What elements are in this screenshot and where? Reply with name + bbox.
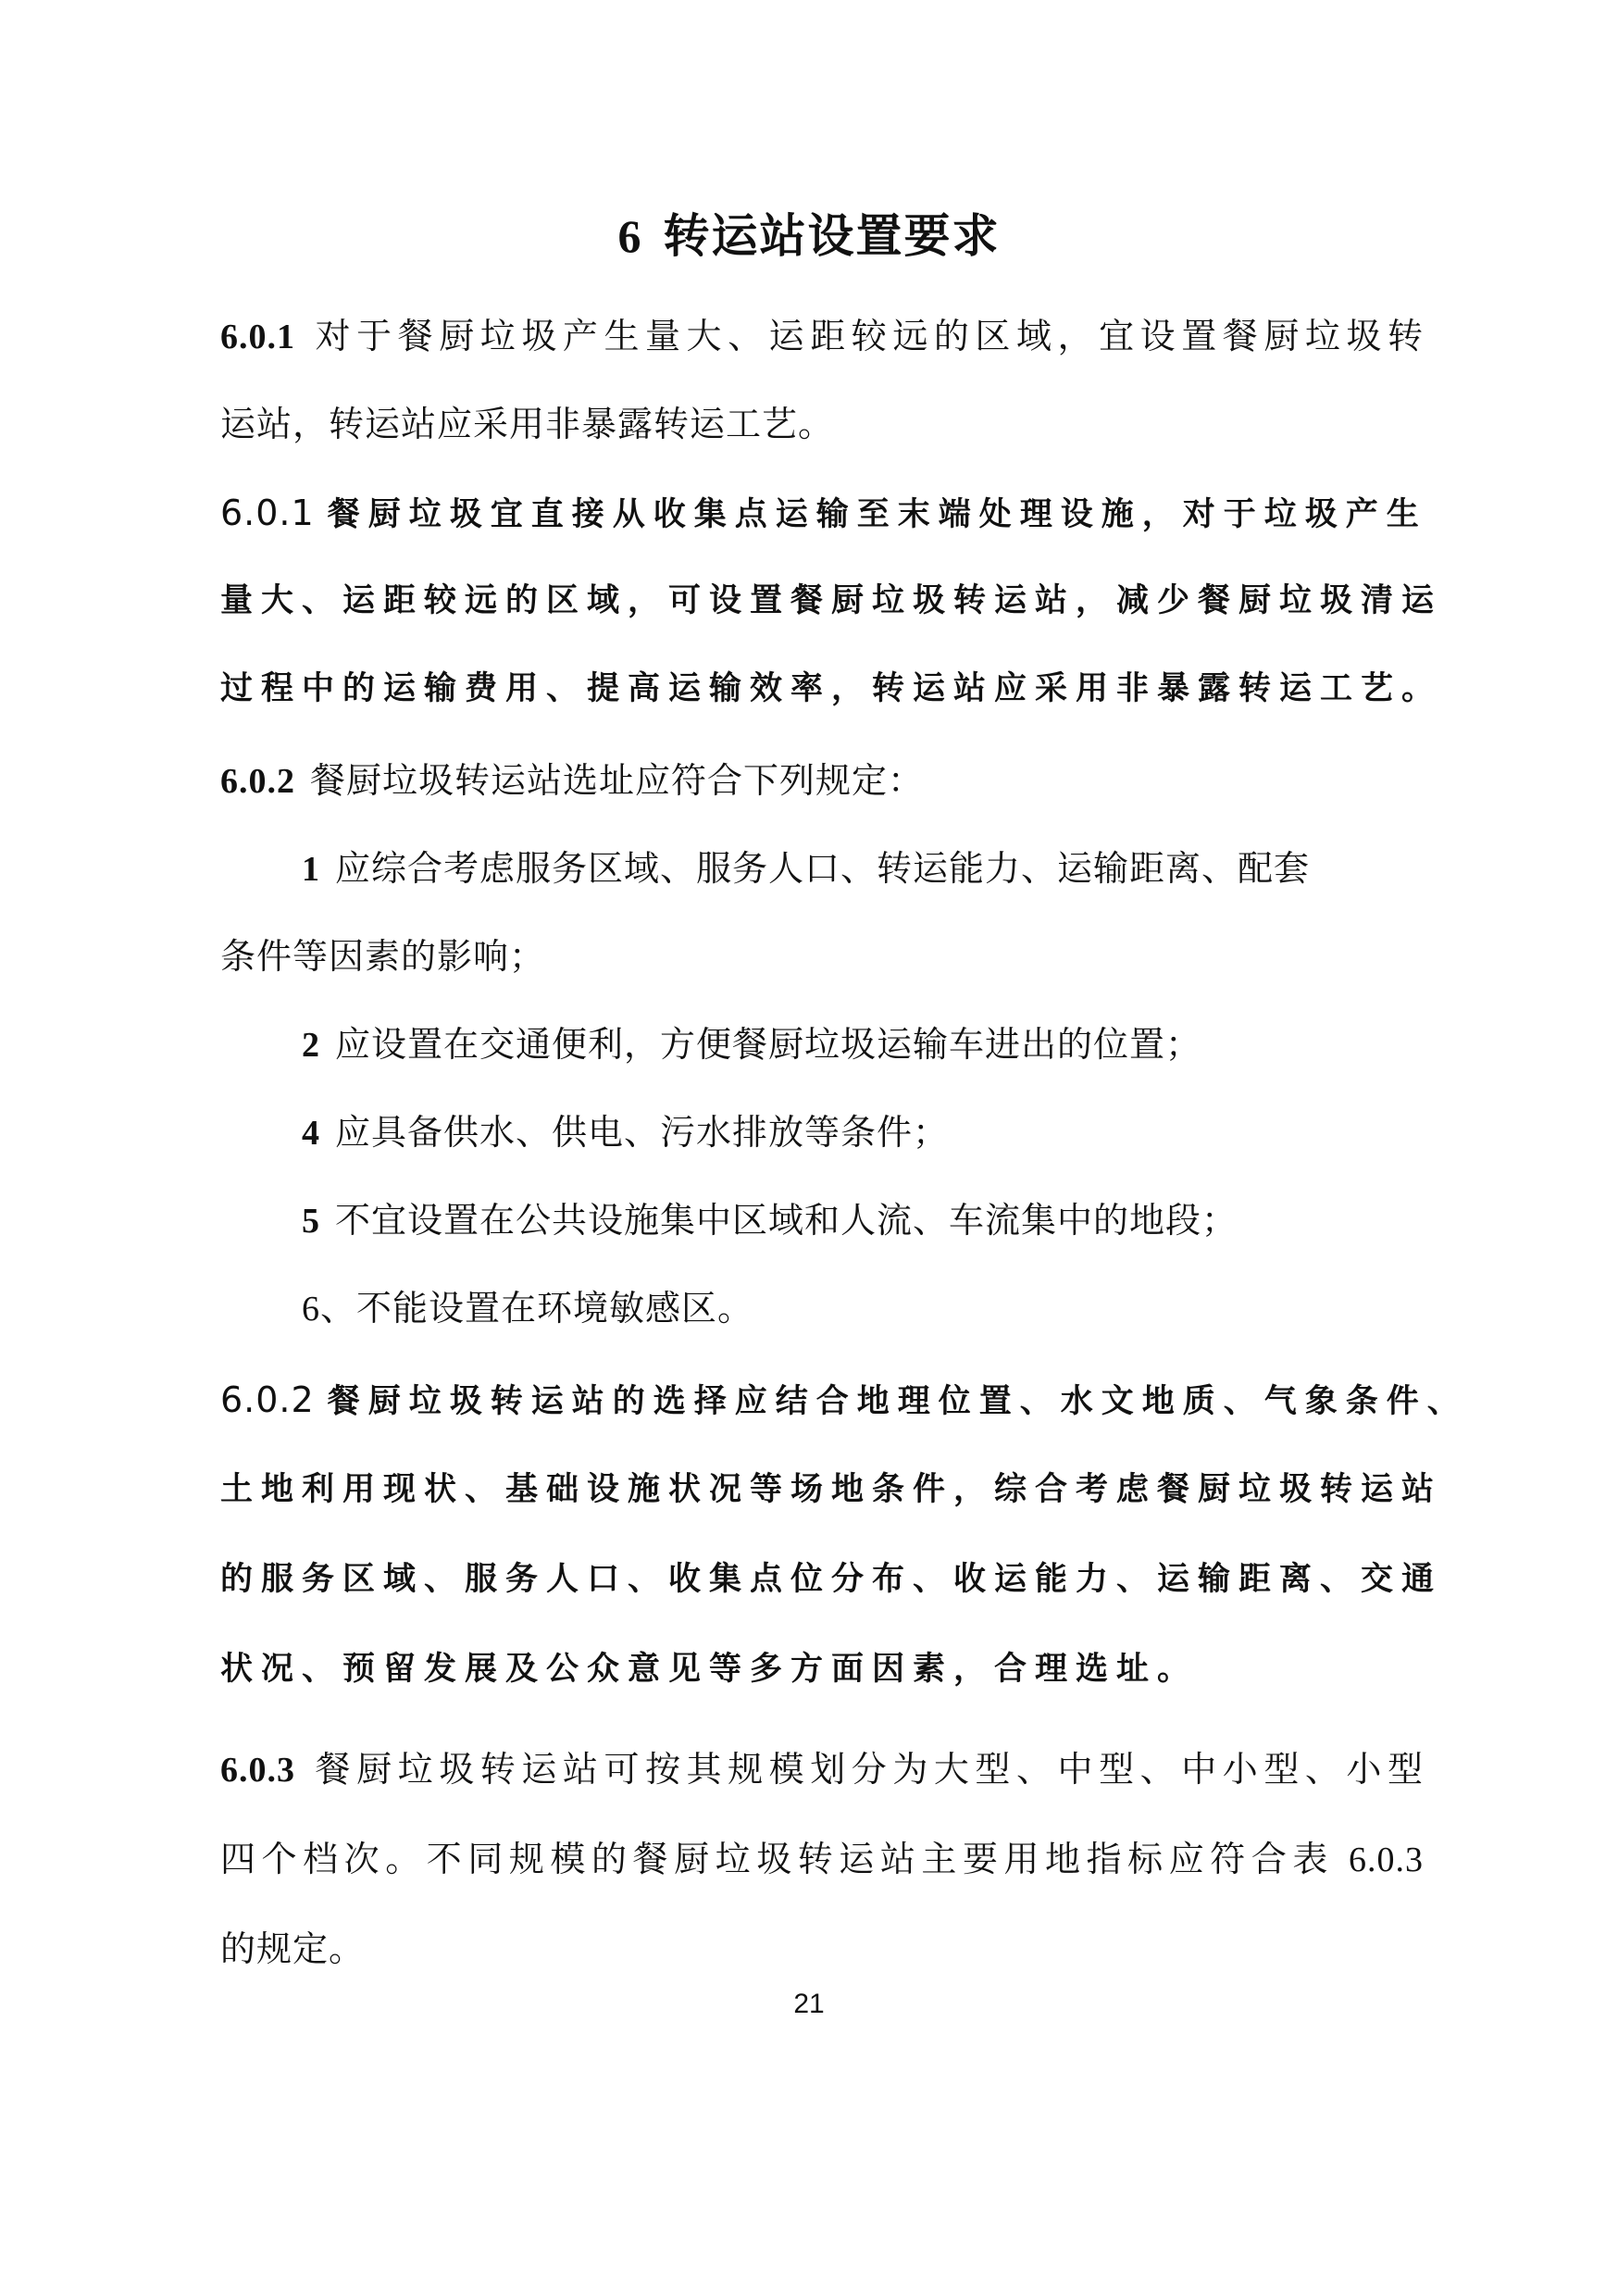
clause-text: 餐厨垃圾转运站可按其规模划分为大型、中型、中小型、小型 [310, 1751, 1424, 1790]
list-item-1-line-2: 条件等因素的影响； [220, 935, 1424, 980]
item-text: 不宜设置在公共设施集中区域和人流、车流集中的地段； [335, 1202, 1238, 1241]
item-number: 2 [302, 1026, 320, 1065]
list-item-6: 6、不能设置在环境敏感区。 [302, 1287, 1505, 1331]
list-item-2: 2应设置在交通便利，方便餐厨垃圾运输车进出的位置； [302, 1023, 1505, 1067]
item-text: 应具备供水、供电、污水排放等条件； [335, 1114, 949, 1153]
commentary-6-0-2-line-4: 状况、预留发展及公众意见等多方面因素，合理选址。 [220, 1647, 1424, 1691]
commentary-6-0-1-line-2: 量大、运距较远的区域，可设置餐厨垃圾转运站，减少餐厨垃圾清运 [220, 579, 1424, 623]
clause-6-0-3-line-2: 四个档次。不同规模的餐厨垃圾转运站主要用地指标应符合表 6.0.3 [220, 1838, 1424, 1882]
page-number: 21 [0, 1989, 1618, 2020]
list-item-1-line-1: 1应综合考虑服务区域、服务人口、转运能力、运输距离、配套 [302, 847, 1424, 892]
document-page: 6转运站设置要求 6.0.1对于餐厨垃圾产生量大、运距较远的区域，宜设置餐厨垃圾… [0, 0, 1618, 2296]
commentary-text: 餐厨垃圾转运站的选择应结合地理位置、水文地质、气象条件、 [328, 1383, 1468, 1420]
commentary-number: 6.0.1 [220, 493, 315, 533]
item-text: 不能设置在环境敏感区。 [356, 1290, 753, 1329]
list-item-4: 4应具备供水、供电、污水排放等条件； [302, 1111, 1505, 1155]
chapter-number: 6 [618, 210, 643, 262]
item-number: 1 [302, 850, 320, 889]
commentary-6-0-1-line-1: 6.0.1餐厨垃圾宜直接从收集点运输至末端处理设施，对于垃圾产生 [220, 491, 1424, 537]
commentary-6-0-2-line-3: 的服务区域、服务人口、收集点位分布、收运能力、运输距离、交通 [220, 1557, 1424, 1602]
clause-text: 餐厨垃圾转运站选址应符合下列规定： [310, 762, 924, 801]
commentary-6-0-2-line-2: 土地利用现状、基础设施状况等场地条件，综合考虑餐厨垃圾转运站 [220, 1467, 1424, 1512]
commentary-6-0-1-line-3: 过程中的运输费用、提高运输效率，转运站应采用非暴露转运工艺。 [220, 667, 1424, 711]
item-text: 应综合考虑服务区域、服务人口、转运能力、运输距离、配套 [335, 850, 1310, 889]
clause-number: 6.0.2 [220, 762, 295, 801]
clause-number: 6.0.3 [220, 1751, 295, 1790]
commentary-text: 餐厨垃圾宜直接从收集点运输至末端处理设施，对于垃圾产生 [328, 496, 1427, 533]
clause-6-0-1-line-2: 运站，转运站应采用非暴露转运工艺。 [220, 403, 1424, 447]
item-number: 4 [302, 1114, 320, 1153]
chapter-title: 6转运站设置要求 [0, 199, 1618, 266]
clause-6-0-3-line-3: 的规定。 [220, 1928, 1424, 1972]
item-number: 5 [302, 1202, 320, 1241]
clause-text: 对于餐厨垃圾产生量大、运距较远的区域，宜设置餐厨垃圾转 [310, 318, 1424, 356]
clause-6-0-3-line-1: 6.0.3餐厨垃圾转运站可按其规模划分为大型、中型、中小型、小型 [220, 1748, 1424, 1792]
item-text: 应设置在交通便利，方便餐厨垃圾运输车进出的位置； [335, 1026, 1201, 1065]
clause-6-0-2-line-1: 6.0.2餐厨垃圾转运站选址应符合下列规定： [220, 759, 1424, 804]
clause-6-0-1-line-1: 6.0.1对于餐厨垃圾产生量大、运距较远的区域，宜设置餐厨垃圾转 [220, 315, 1424, 359]
chapter-title-text: 转运站设置要求 [664, 209, 1001, 263]
list-item-5: 5不宜设置在公共设施集中区域和人流、车流集中的地段； [302, 1199, 1505, 1243]
item-number: 6、 [302, 1290, 356, 1329]
commentary-6-0-2-line-1: 6.0.2餐厨垃圾转运站的选择应结合地理位置、水文地质、气象条件、 [220, 1378, 1424, 1424]
clause-number: 6.0.1 [220, 318, 295, 356]
commentary-number: 6.0.2 [220, 1379, 315, 1420]
